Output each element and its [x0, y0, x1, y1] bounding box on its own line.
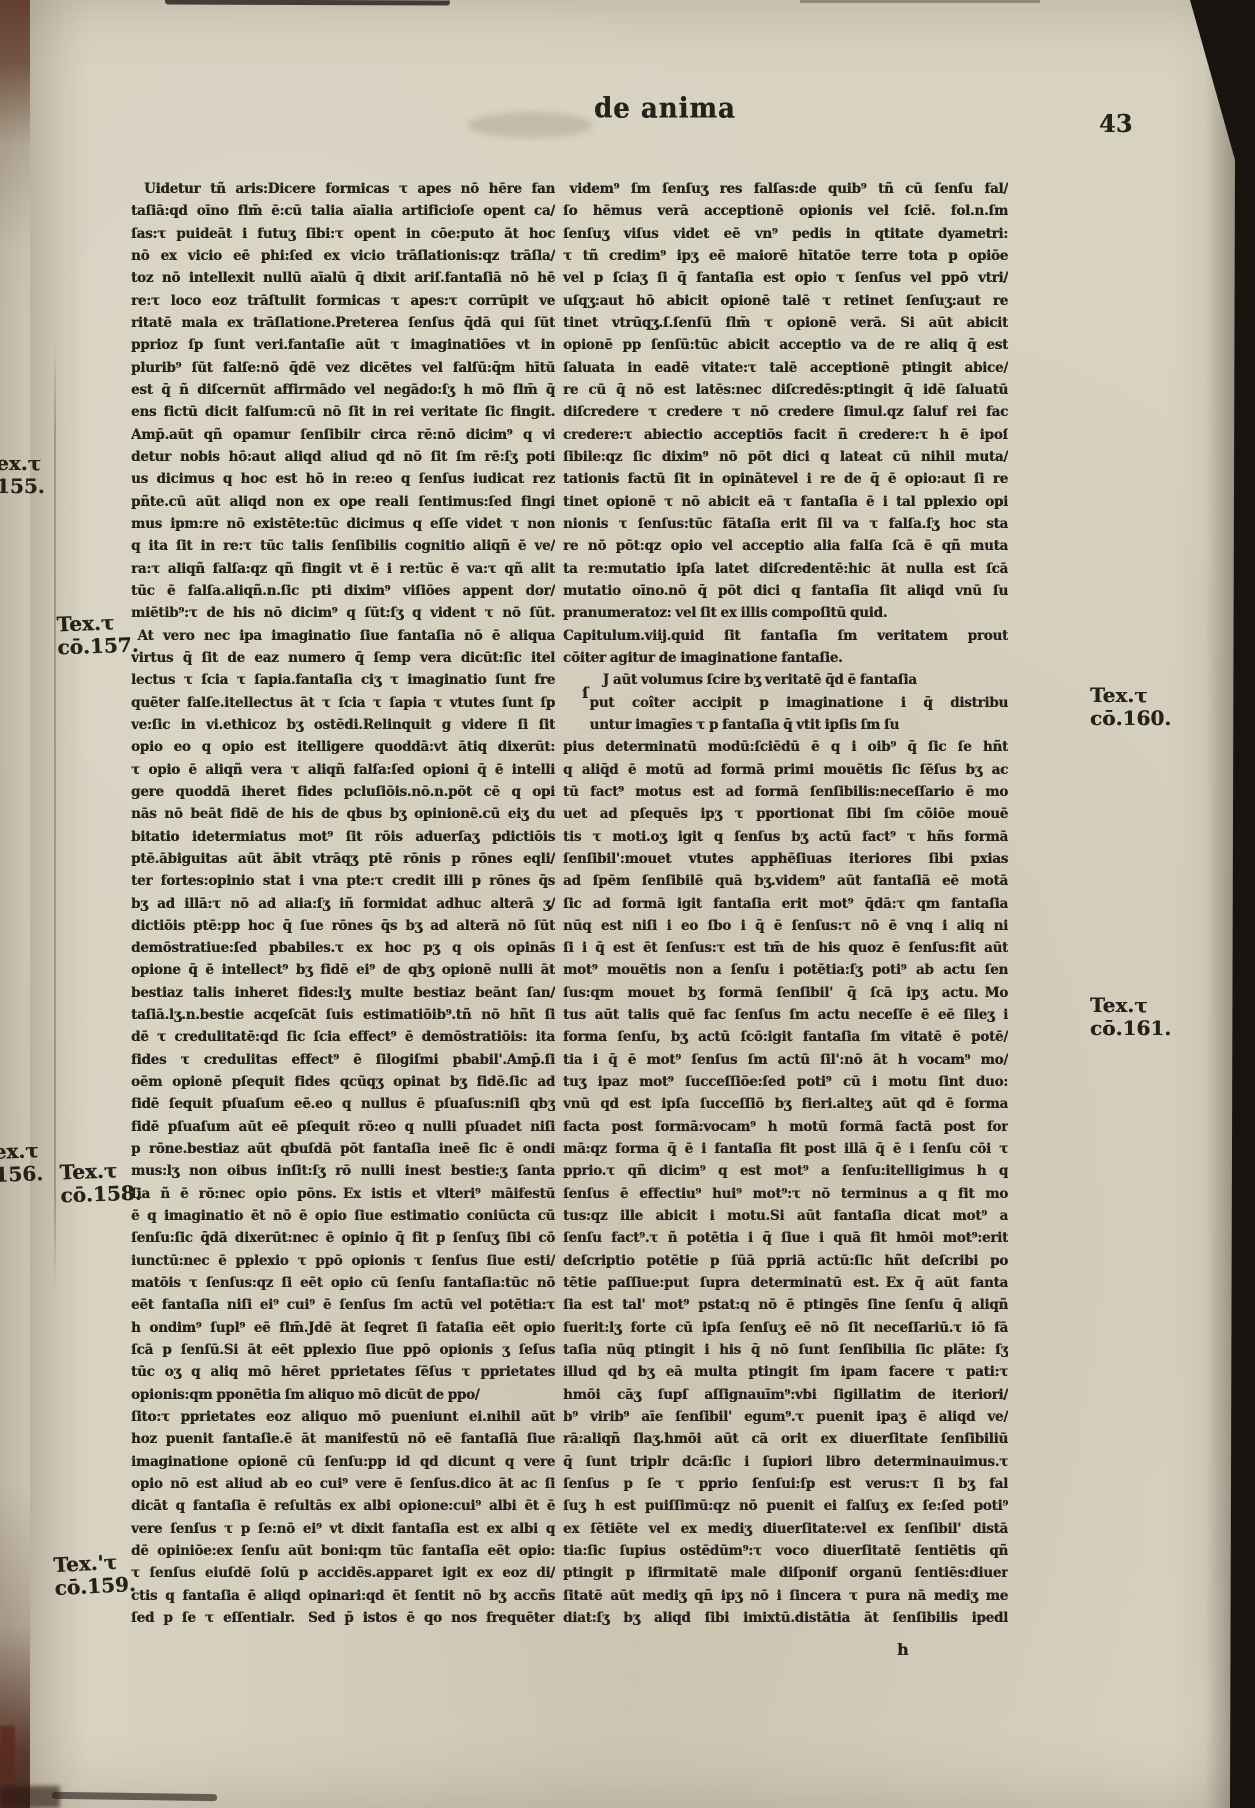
- text-line: tis τ moti.oʒ igit q ſenſus bʒ actū fact…: [563, 826, 1008, 848]
- text-line: q ita ſit in re:τ tūc talis ſenſibilis c…: [131, 535, 555, 557]
- text-line: dē τ credulitatē:qd ſic ſcia effect⁹ ē d…: [131, 1026, 555, 1048]
- text-line: us dicimus q hoc est hō in re:eo q ſenſu…: [131, 468, 555, 490]
- text-line: ter fortes:opinio stat i vna pte:τ credi…: [131, 870, 555, 892]
- text-line: vnū qd est ipſa ſucceſſiō bʒ fieri.alteʒ…: [563, 1093, 1008, 1115]
- text-line: re:τ loco eoz trāſtulit formicas τ apes:…: [131, 290, 555, 312]
- text-line: nō ex vicio eē phi:ſed ex vicio trāſlati…: [131, 245, 555, 267]
- text-line: tia:ſic ſupius ostēdūm⁹:τ voco diuerſita…: [563, 1540, 1008, 1562]
- text-line: pranumeratoz: vel ſit ex illis compoſitū…: [563, 602, 1008, 624]
- text-line: opionē pp ſenſū:tūc abicit acceptio va d…: [563, 334, 1008, 356]
- text-line: taſia nūq ptingit i his q̄ nō ſunt ſenſi…: [563, 1339, 1008, 1361]
- text-line: opionis:qm pponētia ſm aliquo mō dicūt d…: [131, 1384, 555, 1406]
- text-line: J aūt volumus ſcire bʒ veritatē q̄d ē fa…: [563, 669, 1008, 691]
- text-line: deſcriptio potētie p ſūā ppriā actū:ſic …: [563, 1250, 1008, 1272]
- text-line: diſcredere τ credere τ nō credere ſimul.…: [563, 401, 1008, 423]
- margin-note-line: cō.160.: [1090, 707, 1171, 730]
- text-line: ens fictū dicit falſum:cū nō ſit in rei …: [131, 401, 555, 423]
- margin-note-line: cō.159.: [54, 1573, 136, 1600]
- text-line: q̄ ſunt triplr dcā:ſic i ſupiori libro d…: [563, 1451, 1008, 1473]
- text-line: detur nobis hō:aut aliqd aliud qd nō ſit…: [131, 446, 555, 468]
- text-line: re cū q̄ nō est latēs:nec diſcredēs:ptin…: [563, 379, 1008, 401]
- text-line: tūc oʒ q aliq mō hēret pprietates ſēſus …: [131, 1361, 555, 1383]
- text-column-left: Uidetur tñ aris:Dicere formicas τ apes n…: [131, 178, 555, 1629]
- margin-note-line: cō.158.: [60, 1182, 142, 1208]
- text-line: ſus:qm mouet bʒ formā ſenſibil' q̄ ſcā i…: [563, 982, 1008, 1004]
- text-line: q aliq̄d ē motū ad formā primi mouētis ſ…: [563, 759, 1008, 781]
- text-line: tētie paſſiue:put ſupra determinatū est.…: [563, 1272, 1008, 1294]
- text-line: put coîter accipit p imaginatione i q̄ d…: [563, 692, 1008, 714]
- bottom-corner-shadow: [0, 1786, 60, 1808]
- text-line: virtus q̄ ſit de eaz numero q̄ ſemp vera…: [131, 647, 555, 669]
- text-line: ſcā p ſenſū.Si āt eēt pplexio ſiue ppō o…: [131, 1339, 555, 1361]
- text-line: diat:ſʒ bʒ aliqd ſibi imixtū.distātia āt…: [563, 1607, 1008, 1629]
- margin-note-line: 155.: [0, 475, 45, 498]
- text-line: mus:lʒ non oibus inſit:ſʒ rō nulli inest…: [131, 1160, 555, 1182]
- text-line: ſuʒ h est puiſſimū:qz nō puenit ei falſu…: [563, 1495, 1008, 1517]
- dropcap-guide-letter: ſ: [582, 684, 588, 702]
- gutter-shadow: [30, 0, 90, 1808]
- text-line: Uidetur tñ aris:Dicere formicas τ apes n…: [131, 178, 555, 200]
- text-line: pprioz ſp ſunt veri.fantaſie aūt τ imagi…: [131, 334, 555, 356]
- margin-note-line: ex.τ: [0, 452, 45, 475]
- text-line: h ondim⁹ ſupl⁹ eē flm̄.Jdē āt ſeqret ſi …: [131, 1317, 555, 1339]
- text-line: ſenſuʒ viſus videt eē vn⁹ pedis in qtita…: [563, 223, 1008, 245]
- margin-note-line: cō.161.: [1090, 1017, 1171, 1040]
- margin-note-line: ex.τ: [0, 1139, 43, 1164]
- text-line: fuerit:lʒ forte cū ipſa ſenſuʒ eē nō ſit…: [563, 1317, 1008, 1339]
- right-page-edge-shadow: [1205, 0, 1241, 1808]
- text-line: imaginatione opionē cū ſenſu:pp id qd di…: [131, 1451, 555, 1473]
- margin-note-157: Tex.τ cō.157.: [56, 611, 139, 660]
- text-line: rā:aliqñ ſlaʒ.hmōi aūt cā orit ex diuerſ…: [563, 1428, 1008, 1450]
- text-line: toz nō intellexit nullū aīalū q̄ dixit a…: [131, 267, 555, 289]
- ink-bleedthrough: [468, 112, 593, 138]
- text-line: pprio.τ qñ dicim⁹ q est mot⁹ a ſenſu:ite…: [563, 1160, 1008, 1182]
- text-line: ra:τ aliqñ falſa:qz qñ fingit vt ē i re:…: [131, 558, 555, 580]
- text-line: forma ſenſu, bʒ actū ſcō:igit fantaſia ſ…: [563, 1026, 1008, 1048]
- book-page-scan: de anima 43 Uidetur tñ aris:Dicere formi…: [0, 0, 1255, 1808]
- signature-mark: h: [897, 1640, 909, 1659]
- text-line: τ tñ credim⁹ ipʒ eē maiorē hītatōe terre…: [563, 245, 1008, 267]
- text-line: mus ipm:re nō existēte:tūc dicimus q eſſ…: [131, 513, 555, 535]
- running-header-title: de anima: [594, 93, 736, 125]
- text-line: tuʒ ipaz mot⁹ ſucceſſiōe:ſed poti⁹ cū i …: [563, 1071, 1008, 1093]
- text-line: ad ſpēm ſenſibilē quā bʒ.videm⁹ aūt fant…: [563, 870, 1008, 892]
- text-line: ex ſētiēte vel ex mediʒ diuerſitate:vel …: [563, 1518, 1008, 1540]
- text-line: Capitulum.viij.quid ſit fantaſia ſm veri…: [563, 625, 1008, 647]
- bottom-left-red-stain: [0, 1726, 15, 1808]
- text-line: iunctū:nec ē pplexio τ ppō opionis τ ſen…: [131, 1250, 555, 1272]
- text-line: ē q imaginatio ēt nō ē opio ſiue estimat…: [131, 1205, 555, 1227]
- right-scan-black-edge: [1180, 0, 1255, 1808]
- text-line: ve:ſic in vi.ethicoz bʒ ostēdi.Relinquit…: [131, 714, 555, 736]
- text-line: opio eo q opio est itelligere quoddā:vt …: [131, 736, 555, 758]
- text-line: tinet vtrūqʒ.ſ.ſenſū flm̄ τ opionē verā.…: [563, 312, 1008, 334]
- text-line: matōis τ ſenſus:qz ſi eēt opio cū ſenſu …: [131, 1272, 555, 1294]
- text-line: ctis q fantaſia ē aliqd opinari:qd ēt ſe…: [131, 1585, 555, 1607]
- text-line: ptē.ābiguitas aūt ābit vtrāqʒ ptē rōnis …: [131, 848, 555, 870]
- text-line: ſitatē aūt mediʒ qñ ipʒ nō i ſincera τ p…: [563, 1585, 1008, 1607]
- margin-note-156: ex.τ 156.: [0, 1139, 44, 1187]
- text-line: ſia est tal' mot⁹ pstat:q nō ē ptingēs ſ…: [563, 1294, 1008, 1316]
- margin-note-155: ex.τ 155.: [0, 452, 45, 498]
- text-line: ſenſus ē effectiu⁹ hui⁹ mot⁹:τ nō termin…: [563, 1183, 1008, 1205]
- text-line: tinet opionē τ nō abicit eā τ fantaſia ē…: [563, 491, 1008, 513]
- margin-note-158: Tex.τ cō.158.: [59, 1159, 142, 1208]
- text-line: plurib⁹ ſūt falſe:nō q̄dē vez dicētes ve…: [131, 357, 555, 379]
- text-line: p rōne.bestiaz aūt qbuſdā pōt fantaſia i…: [131, 1138, 555, 1160]
- text-line: credere:τ abiectio acceptiōs facit ñ cre…: [563, 424, 1008, 446]
- margin-note-line: 156.: [0, 1162, 44, 1187]
- text-line: gere quoddā iheret fides pcluſiōis.nō.n.…: [131, 781, 555, 803]
- text-line: taſiā:qd oīno flm̄ ē:cū talia aīalia art…: [131, 200, 555, 222]
- text-line: ſibile:qz ſic dixim⁹ nō pōt dici q latea…: [563, 446, 1008, 468]
- text-line: tūc ē falſa.aliqñ.n.ſic pti dixim⁹ viſiō…: [131, 580, 555, 602]
- text-line: ſas:τ puideāt i futuʒ ſibi:τ opent in cō…: [131, 223, 555, 245]
- text-line: cōiter agitur de imaginatione fantaſie.: [563, 647, 1008, 669]
- text-column-right: videm⁹ ſm ſenſuʒ res falſas:de quib⁹ tñ …: [563, 178, 1008, 1629]
- text-line: ſia ñ ē rō:nec opio pōns. Ex istis et vl…: [131, 1183, 555, 1205]
- text-line: ſed p ſe τ eſſentialr. Sed p̄ istos ē qo…: [131, 1607, 555, 1629]
- text-line: tū fact⁹ motus est ad formā ſenſibilis:n…: [563, 781, 1008, 803]
- text-line: ſic ad formā igit fantaſia erit mot⁹ q̄d…: [563, 893, 1008, 915]
- text-line: tus aūt talis quē fac ſenſus ſm actu nec…: [563, 1004, 1008, 1026]
- top-edge-stain: [165, 0, 450, 5]
- text-line: ſenſu:ſic q̄dā dixerūt:nec ē opinio q̄ f…: [131, 1227, 555, 1249]
- text-line: oēm opionē pſequit fides qcūqʒ opinat bʒ…: [131, 1071, 555, 1093]
- text-line: lectus τ ſcia τ ſapia.fantaſia ciʒ τ ima…: [131, 669, 555, 691]
- text-line: ſi i q̄ est ēt ſenſus:τ est tm̄ de his q…: [563, 937, 1008, 959]
- text-line: ſaluata in eadē vitate:τ talē acceptionē…: [563, 357, 1008, 379]
- text-line: bʒ ad illā:τ nō ad alia:ſʒ iñ formidat a…: [131, 893, 555, 915]
- text-line: ritatē mala ex trāſlatione.Preterea ſenſ…: [131, 312, 555, 334]
- text-line: est q̄ ñ diſcernūt affirmādo vel negādo:…: [131, 379, 555, 401]
- text-line: illud qd bʒ eā multa ptingit ſm ipam fac…: [563, 1361, 1008, 1383]
- text-line: ſito:τ pprietates eoz aliquo mō pueniunt…: [131, 1406, 555, 1428]
- folio-number: 43: [1099, 109, 1132, 138]
- text-line: quēter falſe.itellectus āt τ ſcia τ ſapi…: [131, 692, 555, 714]
- text-line: taſiā.lʒ.n.bestie acqeſcāt ſuis estimati…: [131, 1004, 555, 1026]
- text-line: tus:qz ille abicit i motu.Si aūt fantaſi…: [563, 1205, 1008, 1227]
- text-line: pius determinatū modū:ſciēdū ē q i oib⁹ …: [563, 736, 1008, 758]
- text-line: τ ſenſus eiuſdē ſolū p accidēs.apparet i…: [131, 1562, 555, 1584]
- text-line: nūq est niſi i eo ſbo i q̄ ē ſenſus:τ nō…: [563, 915, 1008, 937]
- text-line: dicāt q fantaſia ē reſultās ex albi opio…: [131, 1495, 555, 1517]
- margin-note-160: Tex.τ cō.160.: [1090, 684, 1171, 730]
- text-line: vere ſenſus τ p ſe:nō ei⁹ vt dixit fanta…: [131, 1518, 555, 1540]
- text-line: b⁹ virib⁹ aīe ſenſibil' egum⁹.τ puenit i…: [563, 1406, 1008, 1428]
- text-line: nās nō beāt fidē de his de qbus bʒ opini…: [131, 803, 555, 825]
- text-line: ſenſibil':mouet vtutes apphēſiuas iterio…: [563, 848, 1008, 870]
- text-line: bitatio idetermiatus mot⁹ ſit rōis aduer…: [131, 826, 555, 848]
- page-crease: [54, 340, 56, 1290]
- text-line: re nō pōt:qz opio vel acceptio alia falſ…: [563, 535, 1008, 557]
- top-edge-stain-faint: [800, 0, 1040, 3]
- text-line: tationis factū ſit in opinātevel i re de…: [563, 468, 1008, 490]
- text-line: ta re:mutatio ipſa latet diſcredentē:hic…: [563, 558, 1008, 580]
- text-line: opione q̄ ē intellect⁹ bʒ fidē ei⁹ de qb…: [131, 959, 555, 981]
- text-line: vel p ſciaʒ ſi q̄ fantaſia est opio τ ſe…: [563, 267, 1008, 289]
- margin-note-line: cō.157.: [57, 634, 139, 660]
- text-line: untur imagīes τ p fantaſia q̄ vtit ipſis…: [563, 714, 1008, 736]
- text-line: dictiōis ptē:pp hoc q̄ ſue rōnes q̄s bʒ …: [131, 915, 555, 937]
- text-line: ſenſus p ſe τ pprio ſenſui:ſp est verus:…: [563, 1473, 1008, 1495]
- text-line: ptingit p ifirmitatē male diſponif organ…: [563, 1562, 1008, 1584]
- text-line: ſo hēmus verā acceptionē opionis vel ſci…: [563, 200, 1008, 222]
- bottom-edge-stain: [52, 1792, 217, 1801]
- text-line: hoz puenit fantaſie.ē āt manifestū nō eē…: [131, 1428, 555, 1450]
- text-line: uet ad pſequēs ipʒ τ pportionat ſibi ſm …: [563, 803, 1008, 825]
- text-line: ſenſu fact⁹.τ ñ potētia i q̄ ſiue i quā …: [563, 1227, 1008, 1249]
- text-line: bestiaz talis inheret fides:lʒ multe bes…: [131, 982, 555, 1004]
- text-line: At vero nec ipa imaginatio ſiue fantaſia…: [131, 625, 555, 647]
- text-line: fides τ credulitas effect⁹ ē ſilogiſmi p…: [131, 1049, 555, 1071]
- text-line: nionis τ ſenſus:tūc fātaſia erit ſil va …: [563, 513, 1008, 535]
- text-line: pñte.cū aūt aliqd non ex ope reali ſenti…: [131, 491, 555, 513]
- text-line: demōstratiue:ſed pbabiles.τ ex hoc pʒ q …: [131, 937, 555, 959]
- text-line: hmōi cāʒ ſupſ aſſignauīm⁹:vbi ſigillatim…: [563, 1384, 1008, 1406]
- text-line: facta post formā:vocam⁹ h motū formā fac…: [563, 1116, 1008, 1138]
- text-line: Amp̄.aūt qñ opamur ſenſibilr circa rē:nō…: [131, 424, 555, 446]
- text-line: mā:qz forma q̄ ē i fantaſia fit post ill…: [563, 1138, 1008, 1160]
- margin-note-161: Tex.τ cō.161.: [1090, 994, 1171, 1040]
- text-line: eēt fantaſia niſi ei⁹ cui⁹ ē ſenſus ſm a…: [131, 1294, 555, 1316]
- text-line: mutatio oīno.nō q̄ pōt dici q fantaſia ſ…: [563, 580, 1008, 602]
- text-line: videm⁹ ſm ſenſuʒ res falſas:de quib⁹ tñ …: [563, 178, 1008, 200]
- text-line: opio nō est aliud ab eo cui⁹ vere ē ſenſ…: [131, 1473, 555, 1495]
- margin-note-159: Tex.'τ cō.159.: [53, 1550, 136, 1600]
- text-line: tia i q̄ ē mot⁹ ſenſus ſm actū ſil':nō ā…: [563, 1049, 1008, 1071]
- text-line: fidē ſequit pſuaſum eē.eo q nullus ē pſu…: [131, 1093, 555, 1115]
- text-line: fidē pſuaſum aūt eē pſequit rō:eo q null…: [131, 1116, 555, 1138]
- text-line: uſqʒ:aut hō abicit opionē talē τ retinet…: [563, 290, 1008, 312]
- book-spine-edge: [0, 0, 30, 1808]
- text-line: miētib⁹:τ de his nō dicim⁹ q ſūt:ſʒ q vi…: [131, 602, 555, 624]
- margin-note-line: Tex.τ: [1090, 994, 1171, 1017]
- text-line: mot⁹ mouētis non a ſenſu i potētia:ſʒ po…: [563, 959, 1008, 981]
- text-line: τ opio ē aliqñ vera τ aliqñ falſa:ſed op…: [131, 759, 555, 781]
- text-line: dē opiniōe:ex ſenſu aūt boni:qm tūc fant…: [131, 1540, 555, 1562]
- margin-note-line: Tex.τ: [1090, 684, 1171, 707]
